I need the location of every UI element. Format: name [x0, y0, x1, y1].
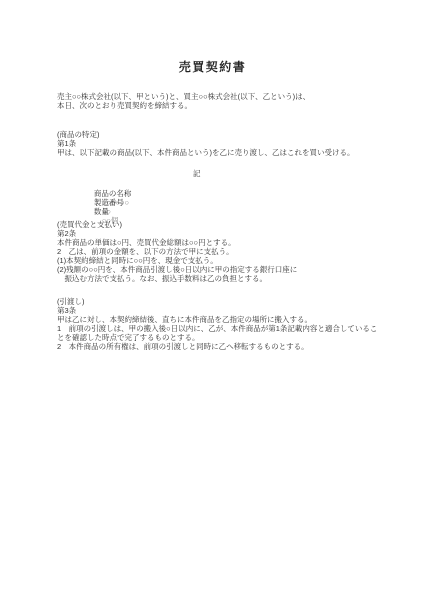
section-3-heading: (引渡し) — [57, 297, 387, 306]
section-2-line-4: (2)残額の○○円を、本件商品引渡し後○日以内に甲の指定する銀行口座に — [57, 265, 387, 274]
section-1-heading: (商品の特定) — [57, 130, 387, 139]
section-3-article-number: 第3条 — [57, 306, 387, 315]
section-2-heading: (売買代金と支払い) — [57, 220, 387, 229]
section-3-line-4: 2 本件商品の所有権は、前項の引渡しと同時に乙へ移転するものとする。 — [57, 342, 387, 351]
contract-page: 売買契約書 売主○○株式会社(以下、甲という)と、買主○○株式会社(以下、乙とい… — [0, 0, 425, 600]
spec-label-quantity: 数量 — [94, 207, 109, 216]
section-2-line-5: 振込む方法で支払う。なお、振込手数料は乙の負担とする。 — [57, 274, 387, 283]
section-payment: (売買代金と支払い) 第2条 本件商品の単価は○円、売買代金総額は○○円とする。… — [57, 220, 387, 283]
intro-line-2: 本日、次のとおり売買契約を締結する。 — [57, 101, 387, 110]
section-1-article-number: 第1条 — [57, 139, 387, 148]
document-title: 売買契約書 — [0, 58, 425, 76]
intro-paragraph: 売主○○株式会社(以下、甲という)と、買主○○株式会社(以下、乙という)は、 本… — [57, 92, 387, 110]
section-2-line-3: (1)本契約締結と同時に○○円を、現金で支払う。 — [57, 256, 387, 265]
product-spec-list: 商品の名称 ○○○○○○ 製造番号 ○○ 数量 ○○個 — [73, 180, 387, 207]
spec-row-product-name: 商品の名称 ○○○○○○ — [73, 180, 387, 189]
document-body: 売主○○株式会社(以下、甲という)と、買主○○株式会社(以下、乙という)は、 本… — [57, 92, 387, 351]
section-3-line-1: 甲は乙に対し、本契約締結後、直ちに本件商品を乙指定の場所に搬入する。 — [57, 315, 387, 324]
spec-label-product-name: 商品の名称 — [94, 189, 132, 198]
section-3-line-2: 1 前項の引渡しは、甲の搬入後○日以内に、乙が、本件商品が第1条記載内容と適合し… — [57, 324, 387, 333]
ki-marker: 記 — [193, 169, 201, 178]
section-product-identification: (商品の特定) 第1条 甲は、以下記載の商品(以下、本件商品という)を乙に売り渡… — [57, 130, 387, 207]
section-2-line-2: 2 乙は、前項の金額を、以下の方法で甲に支払う。 — [57, 247, 387, 256]
intro-line-1: 売主○○株式会社(以下、甲という)と、買主○○株式会社(以下、乙という)は、 — [57, 92, 387, 101]
spec-label-serial-number: 製造番号 — [94, 198, 124, 207]
section-3-line-3: とを確認した時点で完了するものとする。 — [57, 333, 387, 342]
section-2-line-1: 本件商品の単価は○円、売買代金総額は○○円とする。 — [57, 238, 387, 247]
section-delivery: (引渡し) 第3条 甲は乙に対し、本契約締結後、直ちに本件商品を乙指定の場所に搬… — [57, 297, 387, 351]
ki-marker-line: 記 — [57, 169, 387, 178]
section-1-body: 甲は、以下記載の商品(以下、本件商品という)を乙に売り渡し、乙はこれを買い受ける… — [57, 148, 387, 157]
section-2-article-number: 第2条 — [57, 229, 387, 238]
